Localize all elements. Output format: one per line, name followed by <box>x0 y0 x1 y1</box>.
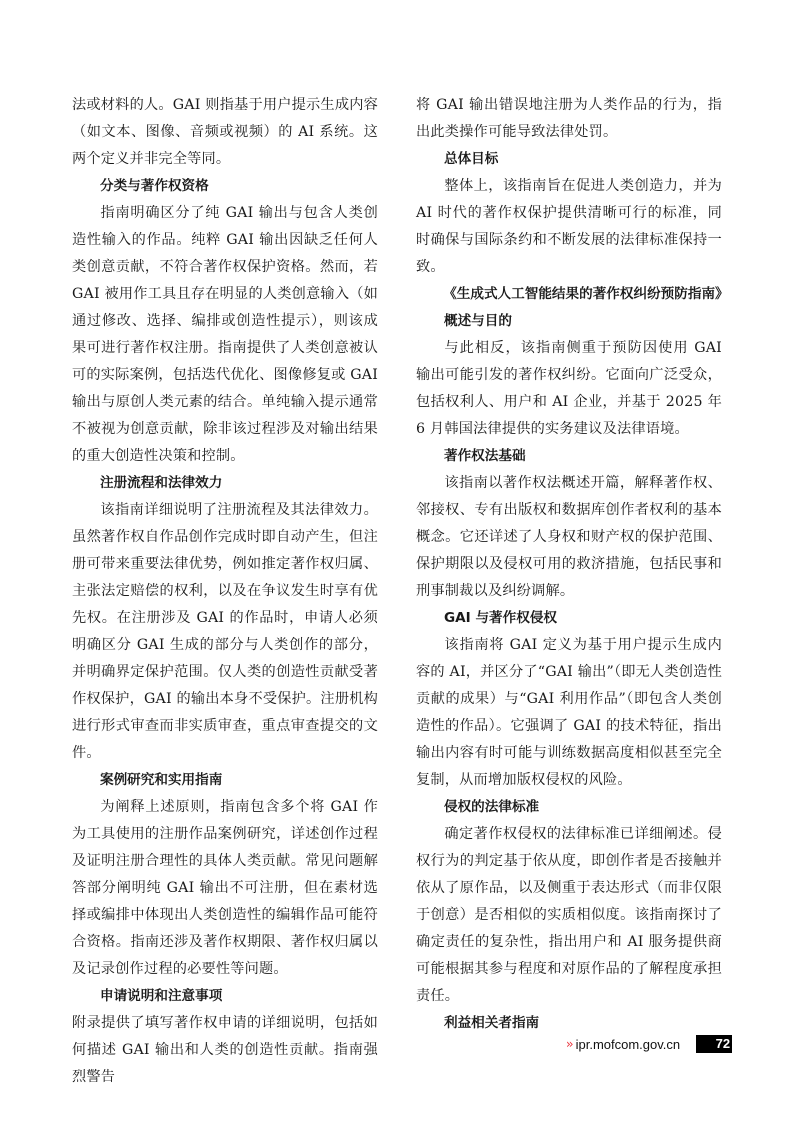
section-heading: 侵权的法律标准 <box>416 794 722 821</box>
section-heading: GAI 与著作权侵权 <box>416 605 722 632</box>
section-heading: 总体目标 <box>416 146 722 173</box>
section-heading: 注册流程和法律效力 <box>72 470 378 497</box>
paragraph: 为阐释上述原则，指南包含多个将 GAI 作为工具使用的注册作品案例研究，详述创作… <box>72 794 378 983</box>
paragraph: 该指南以著作权法概述开篇，解释著作权、邻接权、专有出版权和数据库创作者权利的基本… <box>416 470 722 605</box>
section-heading: 案例研究和实用指南 <box>72 767 378 794</box>
right-column: 将 GAI 输出错误地注册为人类作品的行为，指出此类操作可能导致法律处罚。 总体… <box>416 92 722 1037</box>
site-url[interactable]: ipr.mofcom.gov.cn <box>576 1037 681 1052</box>
page-number: 72 <box>696 1035 732 1053</box>
left-column: 法或材料的人。GAI 则指基于用户提示生成内容（如文本、图像、音频或视频）的 A… <box>72 92 378 1091</box>
section-heading: 利益相关者指南 <box>416 1010 722 1037</box>
document-title-heading: 《生成式人工智能结果的著作权纠纷预防指南》 <box>416 281 722 308</box>
paragraph: 将 GAI 输出错误地注册为人类作品的行为，指出此类操作可能导致法律处罚。 <box>416 92 722 146</box>
paragraph: 法或材料的人。GAI 则指基于用户提示生成内容（如文本、图像、音频或视频）的 A… <box>72 92 378 173</box>
section-heading: 申请说明和注意事项 <box>72 983 378 1010</box>
section-heading: 著作权法基础 <box>416 443 722 470</box>
paragraph: 该指南将 GAI 定义为基于用户提示生成内容的 AI，并区分了“GAI 输出”（… <box>416 632 722 794</box>
paragraph: 确定著作权侵权的法律标准已详细阐述。侵权行为的判定基于依从度，即创作者是否接触并… <box>416 821 722 1010</box>
paragraph: 与此相反，该指南侧重于预防因使用 GAI 输出可能引发的著作权纠纷。它面向广泛受… <box>416 335 722 443</box>
paragraph: 整体上，该指南旨在促进人类创造力，并为 AI 时代的著作权保护提供清晰可行的标准… <box>416 173 722 281</box>
double-chevron-icon: ›› <box>566 1037 572 1051</box>
paragraph: 该指南详细说明了注册流程及其法律效力。虽然著作权自作品创作完成时即自动产生，但注… <box>72 497 378 767</box>
section-heading: 概述与目的 <box>416 308 722 335</box>
paragraph: 指南明确区分了纯 GAI 输出与包含人类创造性输入的作品。纯粹 GAI 输出因缺… <box>72 200 378 470</box>
section-heading: 分类与著作权资格 <box>72 173 378 200</box>
page-footer: ›› ipr.mofcom.gov.cn 72 <box>566 1035 732 1053</box>
paragraph: 附录提供了填写著作权申请的详细说明，包括如何描述 GAI 输出和人类的创造性贡献… <box>72 1010 378 1091</box>
